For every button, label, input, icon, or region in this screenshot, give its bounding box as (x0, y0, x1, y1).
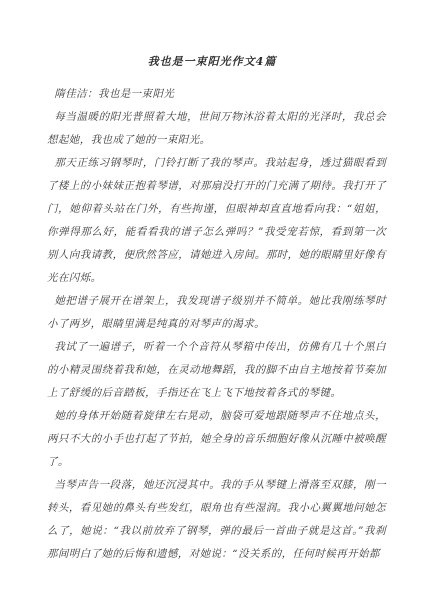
document-body: 隋佳洁：我也是一束阳光 每当温暖的阳光普照着大地，世间万物沐浴着太阳的光泽时，我… (47, 83, 386, 566)
essay-paragraph: 我试了一遍谱子，听着一个个音符从琴箱中传出，仿佛有几十个黑白的小精灵围绕着我和她… (47, 336, 386, 405)
essay-paragraph: 当琴声告一段落，她还沉浸其中。我的手从琴键上滑落至双膝，刚一转头，看见她的鼻头有… (47, 474, 386, 566)
essay-paragraph: 每当温暖的阳光普照着大地，世间万物沐浴着太阳的光泽时，我总会想起她，我也成了她的… (47, 106, 386, 152)
essay-paragraph: 她把谱子展开在谱架上，我发现谱子级别并不简单。她比我刚练琴时小了两岁，眼睛里满是… (47, 290, 386, 336)
document-page: 我也是一束阳光作文4篇 隋佳洁：我也是一束阳光 每当温暖的阳光普照着大地，世间万… (0, 0, 424, 600)
document-title: 我也是一束阳光作文4篇 (0, 0, 424, 69)
essay-paragraph: 她的身体开始随着旋律左右晃动，脑袋可爱地跟随琴声不住地点头，两只不大的小手也打起… (47, 405, 386, 474)
essay-paragraph: 那天正练习钢琴时，门铃打断了我的琴声。我站起身，透过猫眼看到了楼上的小妹妹正抱着… (47, 152, 386, 290)
byline-paragraph: 隋佳洁：我也是一束阳光 (47, 83, 386, 106)
